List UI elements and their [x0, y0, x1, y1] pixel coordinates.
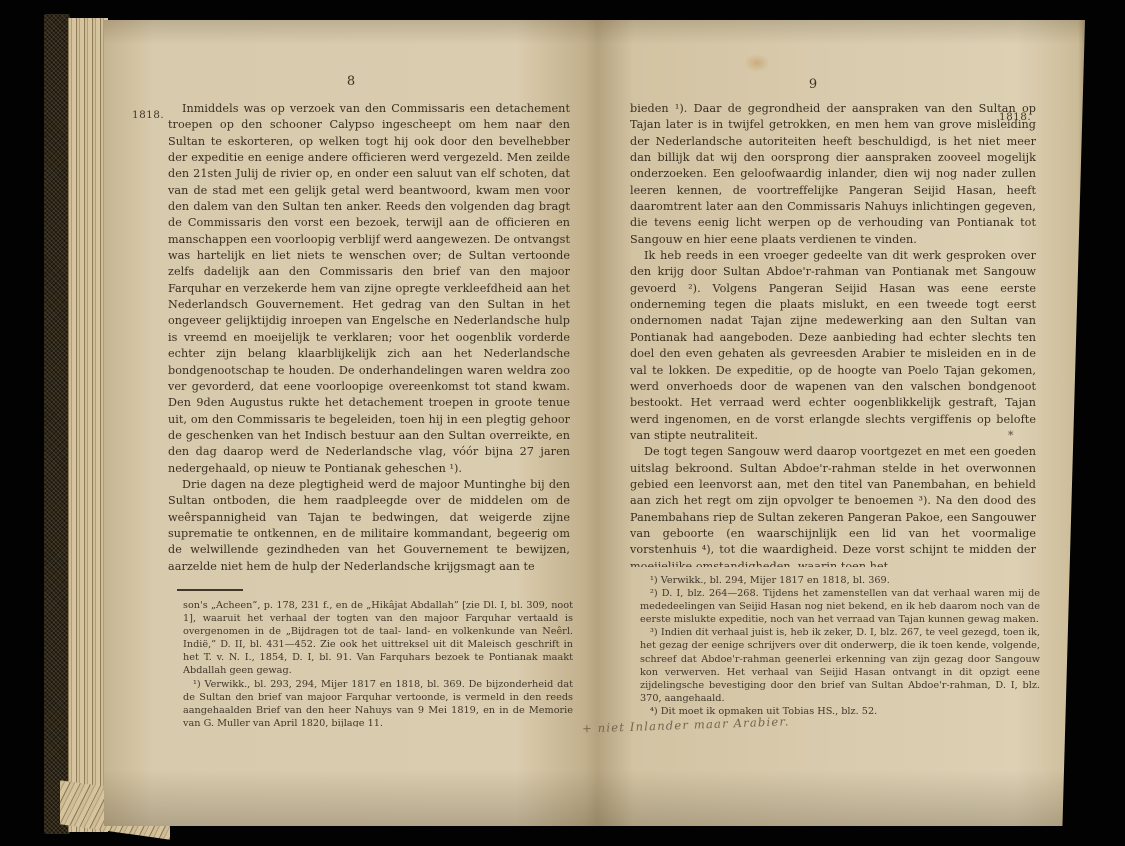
footnote: son's „Acheen”, p. 178, 231 f., en de „H…	[183, 599, 573, 678]
paragraph: De togt tegen Sangouw werd daarop voortg…	[630, 444, 1036, 567]
stacked-page-edges	[68, 18, 108, 832]
page-number-right: 9	[610, 77, 1016, 92]
paragraph: Inmiddels was op verzoek van den Commiss…	[168, 101, 570, 477]
page-8-body: Inmiddels was op verzoek van den Commiss…	[168, 101, 570, 573]
margin-year-left: 1818.	[132, 109, 164, 121]
footnote: ²) D. I, blz. 264—268. Tijdens het zamen…	[640, 587, 1040, 626]
paragraph: bieden ¹). Daar de gegrondheid der aansp…	[630, 101, 1036, 248]
footnote-rule	[177, 589, 243, 591]
paragraph: Ik heb reeds in een vroeger gedeelte van…	[630, 248, 1036, 444]
pencil-insertion-mark: ^	[903, 172, 910, 179]
page-number-left: 8	[150, 74, 552, 89]
foxing-spot	[744, 54, 770, 72]
footnote: ¹) Verwikk., bl. 294, Mijer 1817 en 1818…	[640, 574, 1040, 587]
page-9-footnotes: ¹) Verwikk., bl. 294, Mijer 1817 en 1818…	[640, 574, 1040, 716]
footnote: ³) Indien dit verhaal juist is, heb ik z…	[640, 626, 1040, 705]
book-scan: 8 1818. Inmiddels was op verzoek van den…	[0, 0, 1125, 846]
page-8-footnotes: son's „Acheen”, p. 178, 231 f., en de „H…	[183, 599, 573, 727]
book-cover-edge	[44, 14, 70, 834]
page-9-body: bieden ¹). Daar de gegrondheid der aansp…	[630, 101, 1036, 567]
paragraph: Drie dagen na deze plegtigheid werd de m…	[168, 477, 570, 573]
pencil-margin-asterisk: *	[1008, 429, 1014, 442]
footnote: ¹) Verwikk., bl. 293, 294, Mijer 1817 en…	[183, 678, 573, 727]
